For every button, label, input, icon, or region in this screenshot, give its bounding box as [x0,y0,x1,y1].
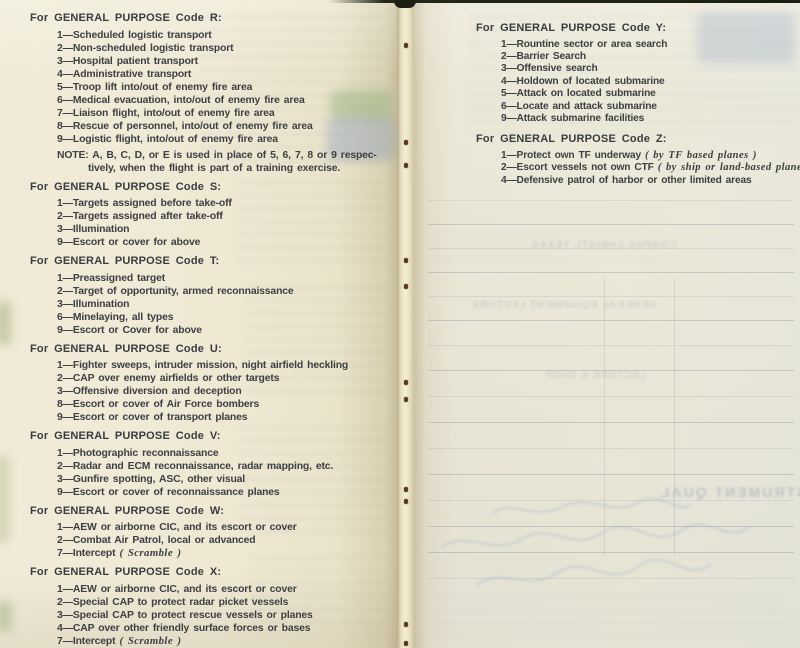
ruled-line [428,422,794,423]
code-item-text: 2—Target of opportunity, armed reconnais… [57,286,294,297]
code-item-text: 7—Intercept [57,548,119,559]
code-item: 1—Protect own TF underway ( by TF based … [501,150,800,162]
code-item-text: 3—Illumination [57,299,129,310]
ghost-stamp-shop: LECTURE & SHOP [544,370,646,381]
code-item: 2—Target of opportunity, armed reconnais… [57,285,397,298]
ruled-line [428,345,794,346]
code-item-list: 1—AEW or airborne CIC, and its escort or… [57,583,397,648]
code-item: 1—Targets assigned before take-off [57,197,397,210]
code-item: 2—Escort vessels not own CTF ( by ship o… [501,162,800,174]
code-item: 2—Non-scheduled logistic transport [57,42,397,55]
stitch-dot [404,622,408,627]
binding-gutter [397,0,414,648]
code-item-text: 9—Attack submarine facilities [501,113,644,124]
code-item-text: 1—Preassigned target [57,273,165,284]
code-item-text: 1—Rountine sector or area search [501,39,667,50]
code-item: 1—Rountine sector or area search [501,39,800,51]
code-item-text: 2—Combat Air Patrol, local or advanced [57,535,255,546]
code-item-text: 6—Locate and attack submarine [501,101,657,112]
left-page-text: For GENERAL PURPOSE Code R: 1—Scheduled … [0,0,397,648]
section-heading: For GENERAL PURPOSE Code V: [30,430,397,444]
code-item-italic: ( Scramble ) [119,635,181,647]
code-item: 2—Barrier Search [501,51,800,63]
code-item: 3—Special CAP to protect rescue vessels … [57,609,397,622]
code-item: 1—AEW or airborne CIC, and its escort or… [57,521,397,534]
left-page: For GENERAL PURPOSE Code R: 1—Scheduled … [0,0,397,648]
code-item-text: 1—AEW or airborne CIC, and its escort or… [57,584,297,595]
ruled-line [428,272,794,273]
section-code-w: For GENERAL PURPOSE Code W: 1—AEW or air… [30,505,397,561]
ruled-line [428,578,794,579]
section-code-t: For GENERAL PURPOSE Code T: 1—Preassigne… [30,255,397,337]
section-heading: For GENERAL PURPOSE Code T: [30,255,397,269]
note-line: NOTE: A, B, C, D, or E is used in place … [57,149,397,162]
section-heading: For GENERAL PURPOSE Code Z: [476,133,800,147]
code-item-text: 6—Medical evacuation, into/out of enemy … [57,95,305,106]
code-item-text: 4—Administrative transport [57,69,191,80]
code-item-text: 1—Protect own TF underway [501,150,645,161]
ghost-stamp-instrument: INSTRUMENT QUAL [659,484,800,500]
ruled-line [428,296,794,297]
code-item-text: 3—Special CAP to protect rescue vessels … [57,610,313,621]
code-item: 9—Escort or cover of reconnaissance plan… [57,486,397,499]
section-code-y: For GENERAL PURPOSE Code Y: 1—Rountine s… [476,22,800,125]
code-item-text: 8—Escort or cover of Air Force bombers [57,399,259,410]
open-book-scan: For GENERAL PURPOSE Code R: 1—Scheduled … [0,0,800,648]
code-item-text: 2—Radar and ECM reconnaissance, radar ma… [57,461,333,472]
code-item-text: 2—Non-scheduled logistic transport [57,43,233,54]
section-heading: For GENERAL PURPOSE Code W: [30,505,397,519]
right-page-text: For GENERAL PURPOSE Code Y: 1—Rountine s… [414,0,800,187]
code-item-list: 1—Protect own TF underway ( by TF based … [501,150,800,187]
stitch-dot [404,380,408,385]
right-page: CORPUS CHRISTI, TEXAS GENERAL EQUIPMENT … [414,0,800,648]
code-item: 9—Attack submarine facilities [501,113,800,125]
code-item-text: 4—Holdown of located submarine [501,76,665,87]
code-item: 1—Fighter sweeps, intruder mission, nigh… [57,359,397,372]
stitch-dot [404,140,408,145]
ruled-line [428,370,794,371]
section-heading: For GENERAL PURPOSE Code S: [30,181,397,195]
code-item-text: 7—Liaison flight, into/out of enemy fire… [57,108,275,119]
code-item-text: 4—Defensive patrol of harbor or other li… [501,175,752,186]
code-item: 6—Minelaying, all types [57,311,397,324]
code-item-text: 1—Targets assigned before take-off [57,198,232,209]
section-heading: For GENERAL PURPOSE Code Y: [476,22,800,36]
code-item: 1—Photographic reconnaissance [57,447,397,460]
code-item: 9—Escort or cover of transport planes [57,411,397,424]
code-item-text: 7—Intercept [57,636,119,647]
code-item-text: 9—Escort or Cover for above [57,325,202,336]
code-item-italic: ( Scramble ) [119,547,181,559]
code-item: 3—Hospital patient transport [57,55,397,68]
code-item: 2—CAP over enemy airfields or other targ… [57,372,397,385]
note-line: tively, when the flight is part of a tra… [88,162,397,175]
ruled-line [428,320,794,321]
code-item-text: 2—Barrier Search [501,51,586,62]
ruled-line [428,248,794,249]
code-item: 9—Escort or Cover for above [57,324,397,337]
code-item: 9—Escort or cover for above [57,236,397,249]
code-item-text: 1—Scheduled logistic transport [57,30,212,41]
code-item: 7—Intercept ( Scramble ) [57,547,397,560]
section-code-x: For GENERAL PURPOSE Code X: 1—AEW or air… [30,566,397,648]
code-item-text: 9—Logistic flight, into/out of enemy fir… [57,134,278,145]
section-heading: For GENERAL PURPOSE Code X: [30,566,397,580]
code-item-text: 2—Escort vessels not own CTF [501,162,658,173]
stitch-dot [404,258,408,263]
binding-top-notch [394,0,416,8]
code-item-text: 9—Escort or cover of reconnaissance plan… [57,487,280,498]
code-item-text: 3—Gunfire spotting, ASC, other visual [57,474,245,485]
section-code-s: For GENERAL PURPOSE Code S: 1—Targets as… [30,181,397,250]
ruled-line [428,396,794,397]
code-item: 6—Locate and attack submarine [501,101,800,113]
code-item: 3—Offensive diversion and deception [57,385,397,398]
code-item: 4—Holdown of located submarine [501,76,800,88]
code-item: 3—Illumination [57,223,397,236]
code-item-text: 1—AEW or airborne CIC, and its escort or… [57,522,297,533]
code-item: 1—AEW or airborne CIC, and its escort or… [57,583,397,596]
code-item: 2—Special CAP to protect radar picket ve… [57,596,397,609]
code-item: 8—Escort or cover of Air Force bombers [57,398,397,411]
code-item: 9—Logistic flight, into/out of enemy fir… [57,133,397,146]
code-item: 4—Administrative transport [57,68,397,81]
code-item-text: 3—Offensive diversion and deception [57,386,242,397]
code-item: 1—Preassigned target [57,272,397,285]
ruled-column-line [674,278,675,556]
code-item-list: 1—Photographic reconnaissance2—Radar and… [57,447,397,499]
code-item-text: 8—Rescue of personnel, into/out of enemy… [57,121,313,132]
code-item-list: 1—Fighter sweeps, intruder mission, nigh… [57,359,397,424]
stitch-dot [404,487,408,492]
code-item: 7—Intercept ( Scramble ) [57,635,397,648]
ghost-stamp-lecture: GENERAL EQUIPMENT LECTURE [471,300,657,311]
section-heading: For GENERAL PURPOSE Code U: [30,343,397,357]
code-item-italic: ( by ship or land-based planes ) [658,162,800,173]
code-item-list: 1—Rountine sector or area search2—Barrie… [501,39,800,126]
ghost-stamp-city: CORPUS CHRISTI, TEXAS [531,240,676,251]
code-item-list: 1—Targets assigned before take-off2—Targ… [57,197,397,249]
code-item: 3—Offensive search [501,63,800,75]
bleed-through-smudge [434,595,784,637]
stitch-dot [404,499,408,504]
code-item-text: 2—Targets assigned after take-off [57,211,223,222]
ruled-line [428,224,794,225]
ruled-column-line [604,278,605,556]
ruled-line [428,474,794,475]
code-item-text: 2—Special CAP to protect radar picket ve… [57,597,288,608]
stitch-dot [404,43,408,48]
ruled-line [428,200,794,201]
code-item: 7—Liaison flight, into/out of enemy fire… [57,107,397,120]
code-item-text: 1—Photographic reconnaissance [57,448,219,459]
section-code-u: For GENERAL PURPOSE Code U: 1—Fighter sw… [30,343,397,425]
section-code-r: For GENERAL PURPOSE Code R: 1—Scheduled … [30,12,397,175]
section-heading: For GENERAL PURPOSE Code R: [30,12,397,26]
code-item-list: 1—Scheduled logistic transport2—Non-sche… [57,29,397,146]
code-item: 6—Medical evacuation, into/out of enemy … [57,94,397,107]
code-item: 2—Combat Air Patrol, local or advanced [57,534,397,547]
handwriting-ghost [422,495,762,605]
code-item-text: 4—CAP over other friendly surface forces… [57,623,310,634]
section-code-v: For GENERAL PURPOSE Code V: 1—Photograph… [30,430,397,499]
ruled-line [428,500,794,501]
stitch-dot [404,284,408,289]
ruled-line [428,448,794,449]
stitch-dot [404,397,408,402]
code-item: 4—CAP over other friendly surface forces… [57,622,397,635]
bleed-through-smudge [434,205,664,265]
code-item-text: 6—Minelaying, all types [57,312,173,323]
code-item-text: 3—Offensive search [501,63,598,74]
code-item-text: 5—Troop lift into/out of enemy fire area [57,82,252,93]
code-item-list: 1—AEW or airborne CIC, and its escort or… [57,521,397,560]
code-item: 2—Radar and ECM reconnaissance, radar ma… [57,460,397,473]
ruled-line [428,552,794,553]
code-item: 1—Scheduled logistic transport [57,29,397,42]
code-item-text: 2—CAP over enemy airfields or other targ… [57,373,279,384]
code-item: 2—Targets assigned after take-off [57,210,397,223]
code-item: 3—Illumination [57,298,397,311]
code-item-text: 3—Hospital patient transport [57,56,198,67]
code-item: 8—Rescue of personnel, into/out of enemy… [57,120,397,133]
code-item-text: 3—Illumination [57,224,129,235]
note-block: NOTE: A, B, C, D, or E is used in place … [57,149,397,175]
code-item: 5—Troop lift into/out of enemy fire area [57,81,397,94]
code-item-text: 9—Escort or cover for above [57,237,200,248]
ruled-line [428,526,794,527]
stitch-dot [404,641,408,646]
code-item-list: 1—Preassigned target2—Target of opportun… [57,272,397,337]
code-item: 5—Attack on located submarine [501,88,800,100]
code-item: 4—Defensive patrol of harbor or other li… [501,175,800,187]
code-item-italic: ( by TF based planes ) [645,150,757,161]
code-item-text: 1—Fighter sweeps, intruder mission, nigh… [57,360,348,371]
stitch-dot [404,163,408,168]
code-item-text: 5—Attack on located submarine [501,88,656,99]
code-item: 3—Gunfire spotting, ASC, other visual [57,473,397,486]
section-code-z: For GENERAL PURPOSE Code Z: 1—Protect ow… [476,133,800,187]
code-item-text: 9—Escort or cover of transport planes [57,412,247,423]
